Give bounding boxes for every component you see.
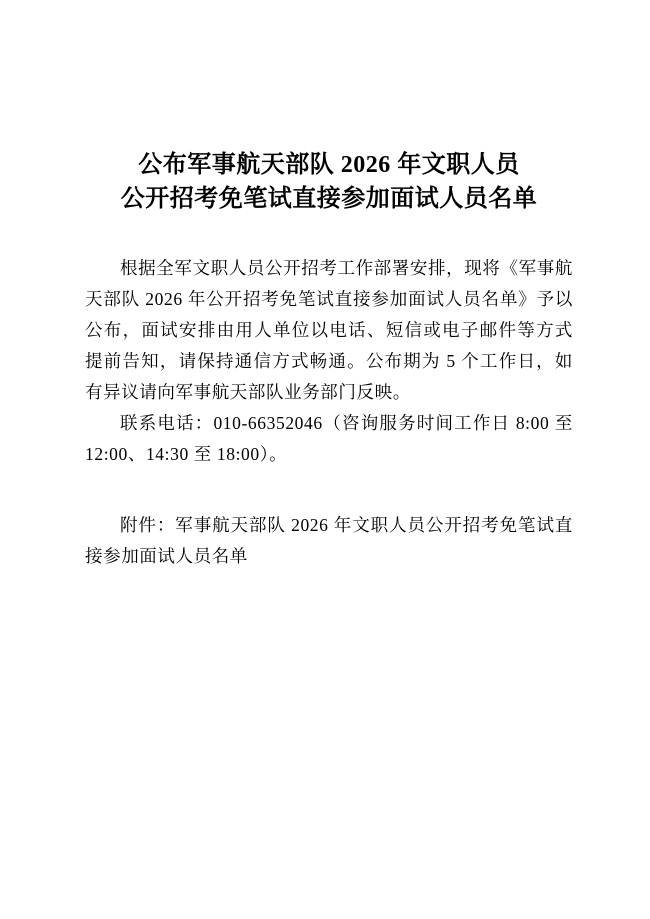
paragraph-announcement: 根据全军文职人员公开招考工作部署安排，现将《军事航天部队 2026 年公开招考免… [85,253,573,408]
title-line-2: 公开招考免笔试直接参加面试人员名单 [85,182,573,216]
document-title: 公布军事航天部队 2026 年文职人员 公开招考免笔试直接参加面试人员名单 [85,148,573,216]
title-line-1: 公布军事航天部队 2026 年文职人员 [85,148,573,182]
paragraph-attachment: 附件：军事航天部队 2026 年文职人员公开招考免笔试直接参加面试人员名单 [85,510,573,572]
document-page: 公布军事航天部队 2026 年文职人员 公开招考免笔试直接参加面试人员名单 根据… [0,0,650,919]
paragraph-contact: 联系电话：010-66352046（咨询服务时间工作日 8:00 至 12:00… [85,408,573,470]
